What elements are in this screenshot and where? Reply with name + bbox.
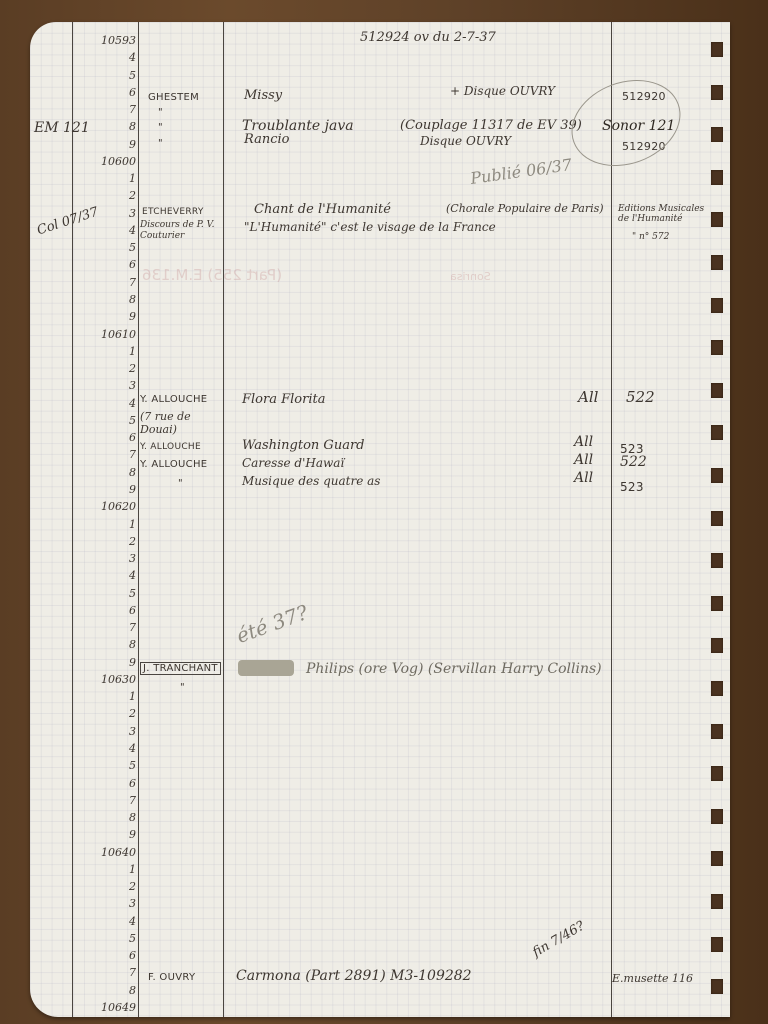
row-number: 9 xyxy=(76,310,136,323)
row-number: 3 xyxy=(76,552,136,565)
row-number: 7 xyxy=(76,103,136,116)
note-disque-ouvry: + Disque OUVRY xyxy=(450,84,555,98)
label-all: All xyxy=(574,470,593,486)
row-number: 10593 xyxy=(76,34,136,47)
bleed-through-left: (Part 255) E.M.136 xyxy=(142,266,282,284)
ref-522: 522 xyxy=(620,454,647,470)
row-number: 9 xyxy=(76,138,136,151)
binding-hole xyxy=(711,553,723,568)
ref-522: 522 xyxy=(626,388,655,406)
row-number: 9 xyxy=(76,483,136,496)
binding-hole xyxy=(711,851,723,866)
row-number: 10640 xyxy=(76,846,136,859)
title-missy: Missy xyxy=(244,88,282,103)
binding-hole xyxy=(711,127,723,142)
row-number: 8 xyxy=(76,466,136,479)
row-number: 8 xyxy=(76,984,136,997)
binding-hole xyxy=(711,979,723,994)
artist-allouche: Y. ALLOUCHE xyxy=(140,459,207,470)
artist-allouche: Y. ALLOUCHE xyxy=(140,442,201,452)
binding-hole xyxy=(711,596,723,611)
row-number: 5 xyxy=(76,69,136,82)
binding-hole xyxy=(711,937,723,952)
margin-em121: EM 121 xyxy=(34,120,90,136)
row-number: 4 xyxy=(76,224,136,237)
pencil-publie: Publié 06/37 xyxy=(469,155,573,188)
title-washington-guard: Washington Guard xyxy=(242,438,364,453)
binding-hole xyxy=(711,894,723,909)
row-number: 2 xyxy=(76,880,136,893)
binding-hole xyxy=(711,85,723,100)
title-rancio: Rancio xyxy=(244,132,289,147)
row-number: 10630 xyxy=(76,673,136,686)
scribbled-out-text xyxy=(238,660,294,676)
row-number: 9 xyxy=(76,828,136,841)
row-number: 2 xyxy=(76,707,136,720)
row-number: 6 xyxy=(76,86,136,99)
binding-hole xyxy=(711,170,723,185)
binding-hole xyxy=(711,255,723,270)
binding-hole xyxy=(711,340,723,355)
note-disque-ouvry-2: Disque OUVRY xyxy=(420,134,511,148)
row-number: 10610 xyxy=(76,328,136,341)
title-caresse-hawai: Caresse d'Hawaï xyxy=(242,456,344,470)
row-number: 1 xyxy=(76,690,136,703)
binding-hole xyxy=(711,638,723,653)
row-number: 5 xyxy=(76,587,136,600)
note-couplage: (Couplage 11317 de EV 39) xyxy=(400,118,582,133)
row-number: 6 xyxy=(76,604,136,617)
row-number: 1 xyxy=(76,172,136,185)
row-number: 5 xyxy=(76,932,136,945)
row-number: 6 xyxy=(76,258,136,271)
row-number: 10600 xyxy=(76,155,136,168)
ditto-mark: " xyxy=(158,138,163,149)
row-number: 4 xyxy=(76,51,136,64)
pencil-ete-37: été 37? xyxy=(233,600,311,648)
label-all: All xyxy=(574,434,593,450)
ditto-mark: " xyxy=(180,682,185,693)
row-number: 8 xyxy=(76,293,136,306)
title-carmona: Carmona (Part 2891) M3-109282 xyxy=(236,968,472,984)
row-number: 7 xyxy=(76,621,136,634)
pencil-circle xyxy=(559,65,692,180)
number-column-rule xyxy=(138,22,139,1017)
binding-hole xyxy=(711,383,723,398)
title-column-rule xyxy=(611,22,612,1017)
row-number: 4 xyxy=(76,397,136,410)
note-chorale: (Chorale Populaire de Paris) xyxy=(446,202,604,215)
margin-rule xyxy=(72,22,73,1017)
row-number: 1 xyxy=(76,863,136,876)
ref-editions-humanite: Editions Musicales de l'Humanité xyxy=(618,204,708,224)
ref-523: 523 xyxy=(620,480,644,494)
label-all: All xyxy=(578,388,598,406)
bleed-through-right: Sonrisa xyxy=(450,270,491,283)
title-chant-humanite: Chant de l'Humanité xyxy=(254,202,391,217)
title-flora-florita: Flora Florita xyxy=(242,392,325,407)
binding-hole xyxy=(711,681,723,696)
row-number: 9 xyxy=(76,656,136,669)
row-number: 5 xyxy=(76,759,136,772)
artist-discours: Discours de P. V. Couturier xyxy=(140,220,222,242)
binding-hole xyxy=(711,42,723,57)
row-number: 2 xyxy=(76,189,136,202)
artist-column-rule xyxy=(223,22,224,1017)
row-number: 1 xyxy=(76,518,136,531)
row-number: 5 xyxy=(76,241,136,254)
address-rue-de-douai: (7 rue de Douai) xyxy=(140,410,200,436)
row-number: 2 xyxy=(76,535,136,548)
binding-hole xyxy=(711,809,723,824)
note-fin-746: fin 7/46? xyxy=(530,919,587,961)
binding-hole xyxy=(711,298,723,313)
notebook-page: 1059345678910600123456789106101234567891… xyxy=(30,22,730,1017)
row-number: 2 xyxy=(76,362,136,375)
title-humanite-visage: "L'Humanité" c'est le visage de la Franc… xyxy=(244,220,496,234)
binding-hole xyxy=(711,511,723,526)
row-number: 6 xyxy=(76,777,136,790)
artist-ghestem: GHESTEM xyxy=(148,92,199,103)
row-number: 3 xyxy=(76,725,136,738)
binding-hole xyxy=(711,766,723,781)
row-number: 7 xyxy=(76,448,136,461)
artist-f-ouvry: F. OUVRY xyxy=(148,972,195,983)
row-number: 7 xyxy=(76,966,136,979)
ditto-mark: " xyxy=(178,478,183,489)
row-number: 3 xyxy=(76,379,136,392)
row-number: 4 xyxy=(76,569,136,582)
row-number: 7 xyxy=(76,794,136,807)
row-number: 6 xyxy=(76,949,136,962)
ref-emusette-116: E.musette 116 xyxy=(612,972,693,985)
row-number: 7 xyxy=(76,276,136,289)
binding-hole xyxy=(711,425,723,440)
top-note: 512924 ov du 2-7-37 xyxy=(360,30,496,45)
ditto-mark: " xyxy=(158,122,163,133)
artist-etcheverry: ETCHEVERRY xyxy=(142,207,204,217)
row-number: 4 xyxy=(76,742,136,755)
ref-n572: " n° 572 xyxy=(632,232,669,242)
row-number: 6 xyxy=(76,431,136,444)
artist-allouche: Y. ALLOUCHE xyxy=(140,394,207,405)
binding-hole xyxy=(711,212,723,227)
label-all: All xyxy=(574,452,593,468)
row-number: 5 xyxy=(76,414,136,427)
binding-hole xyxy=(711,468,723,483)
row-number: 8 xyxy=(76,638,136,651)
row-number: 10620 xyxy=(76,500,136,513)
row-number: 4 xyxy=(76,915,136,928)
row-number: 10649 xyxy=(76,1001,136,1014)
artist-tranchant: J. TRANCHANT xyxy=(140,662,221,675)
ditto-mark: " xyxy=(158,107,163,118)
row-number: 1 xyxy=(76,345,136,358)
binding-hole xyxy=(711,724,723,739)
title-musique-quatre-as: Musique des quatre as xyxy=(242,474,380,488)
row-number: 3 xyxy=(76,897,136,910)
row-number: 8 xyxy=(76,811,136,824)
title-philips-harry-collins: Philips (ore Vog) (Servillan Harry Colli… xyxy=(306,658,606,680)
